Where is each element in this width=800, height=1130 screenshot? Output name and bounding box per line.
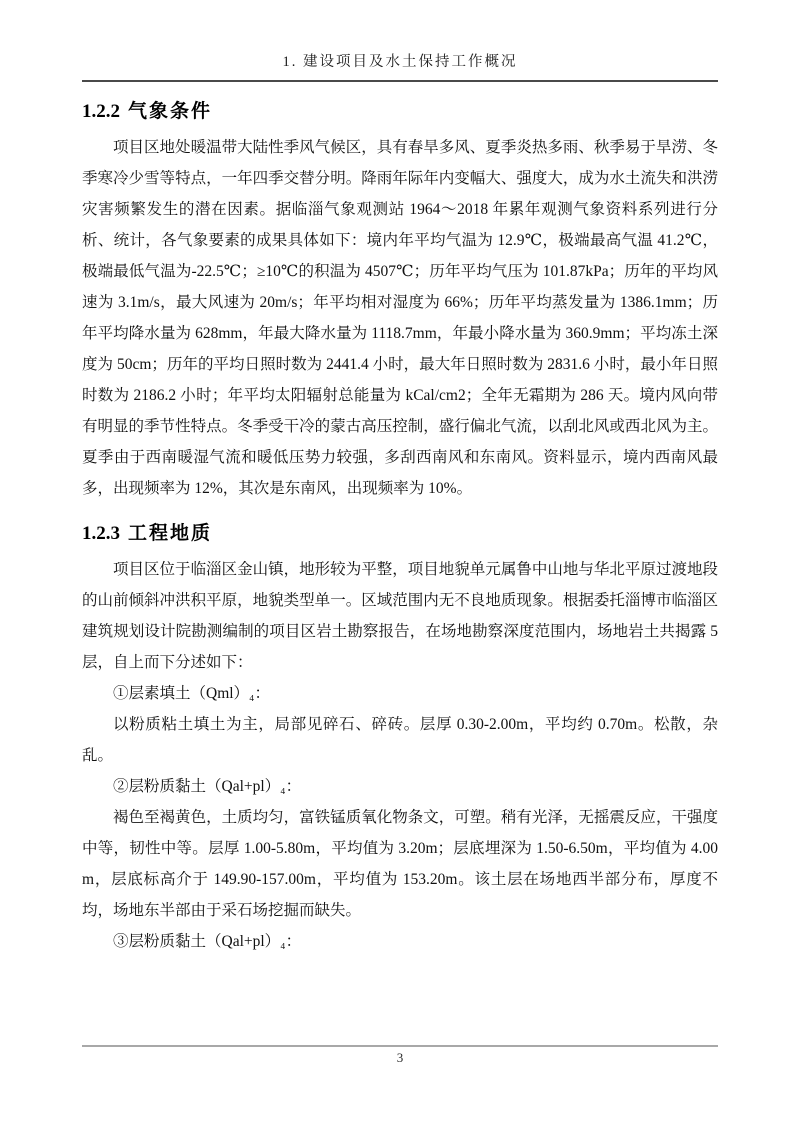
section-title: 工程地质 — [128, 523, 212, 544]
soil-layer-2-label: ②层粉质黏土（Qal+pl）₄： — [82, 771, 718, 802]
soil-layer-1-description: 以粉质粘土填土为主，局部见碎石、碎砖。层厚 0.30-2.00m，平均约 0.7… — [82, 709, 718, 771]
section-number: 1.2.3 — [82, 523, 120, 544]
document-body: 1.2.2气象条件 项目区地处暖温带大陆性季风气候区，具有春旱多风、夏季炎热多雨… — [82, 96, 718, 957]
meteorology-paragraph: 项目区地处暖温带大陆性季风气候区，具有春旱多风、夏季炎热多雨、秋季易于旱涝、冬季… — [82, 132, 718, 504]
section-title: 气象条件 — [128, 101, 212, 122]
soil-layer-2-description: 褐色至褐黄色，土质均匀，富铁锰质氧化物条文，可塑。稍有光泽，无摇震反应，干强度中… — [82, 802, 718, 926]
section-heading-meteorology: 1.2.2气象条件 — [82, 96, 718, 123]
section-heading-geology: 1.2.3工程地质 — [82, 518, 718, 545]
soil-layer-3-label: ③层粉质黏土（Qal+pl）₄： — [82, 926, 718, 957]
section-number: 1.2.2 — [82, 101, 120, 122]
page-footer: 3 — [82, 1045, 718, 1066]
page-number: 3 — [82, 1050, 718, 1066]
geology-intro-paragraph: 项目区位于临淄区金山镇，地形较为平整，项目地貌单元属鲁中山地与华北平原过渡地段的… — [82, 554, 718, 678]
footer-divider — [82, 1045, 718, 1047]
running-header: 1. 建设项目及水土保持工作概况 — [82, 50, 718, 82]
soil-layer-1-label: ①层素填土（Qml）₄： — [82, 678, 718, 709]
document-page: 1. 建设项目及水土保持工作概况 1.2.2气象条件 项目区地处暖温带大陆性季风… — [0, 0, 800, 1130]
